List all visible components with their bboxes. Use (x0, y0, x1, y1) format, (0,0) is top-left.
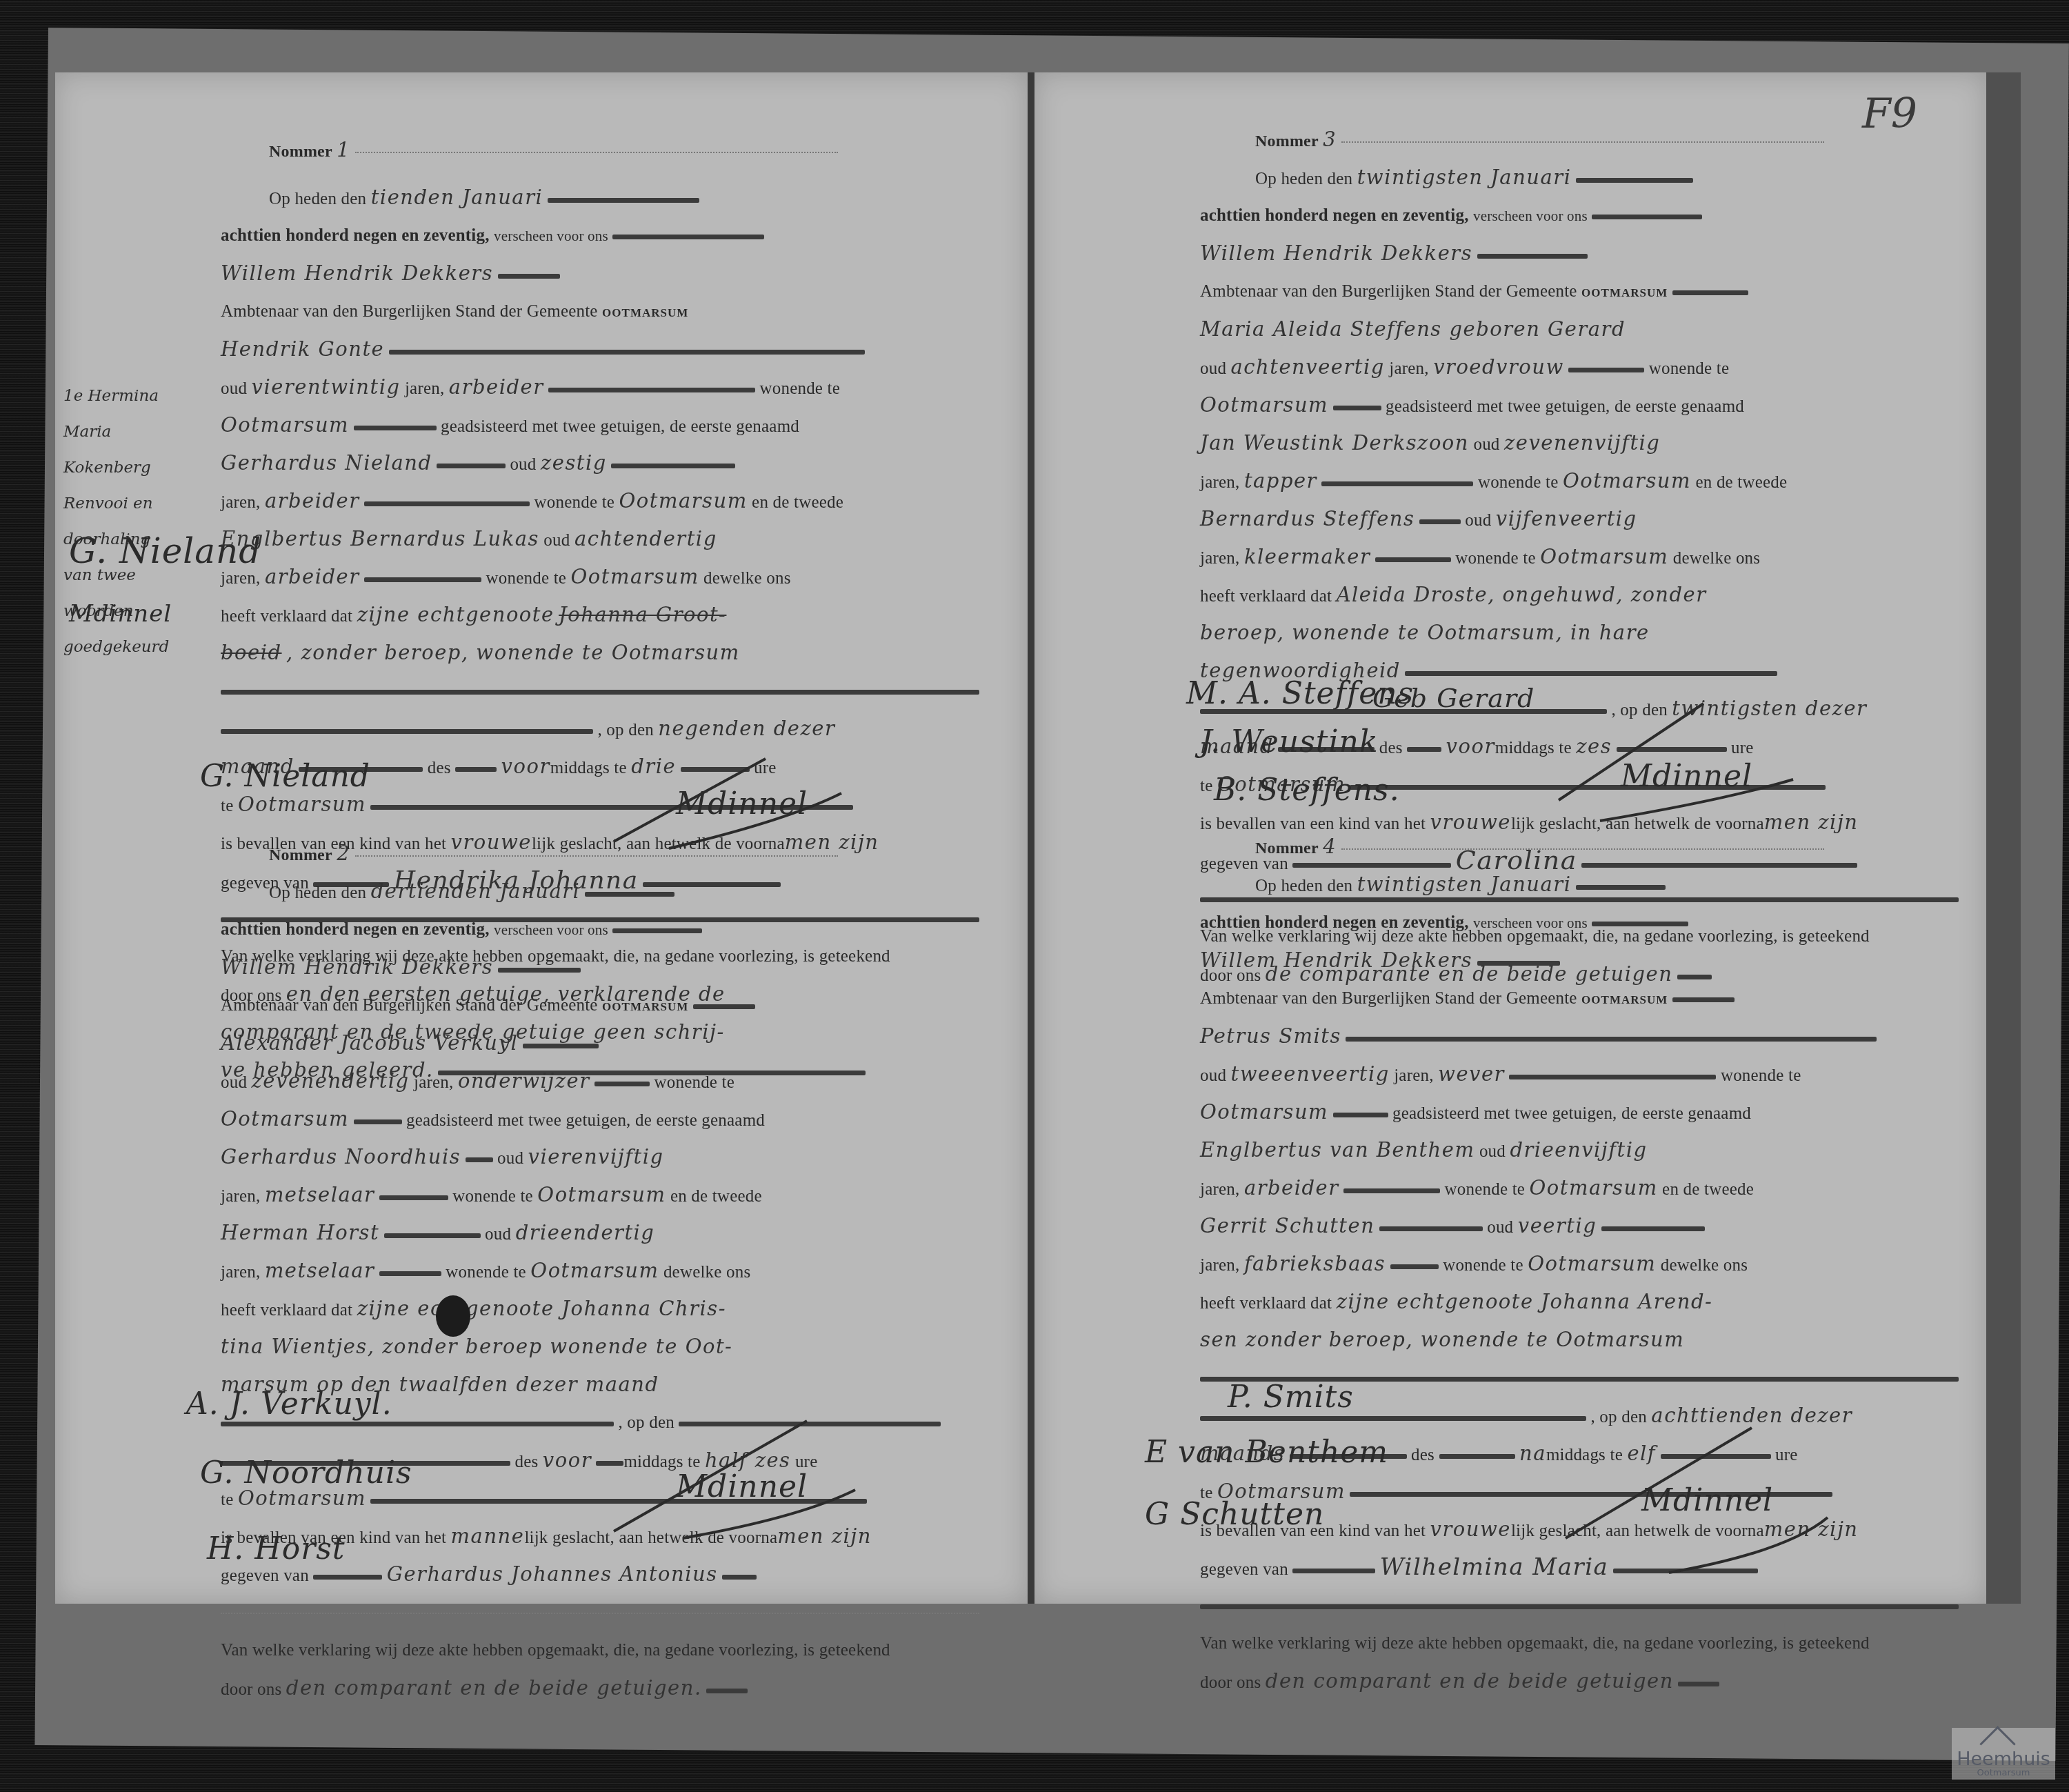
municipality: OOTMARSUM (602, 306, 688, 319)
witness2-occupation: metselaar (265, 1259, 375, 1282)
witness1-age: vierenvijftig (528, 1145, 664, 1168)
witness2-age: achtendertig (574, 527, 717, 550)
witness1-age: drieenvijftig (1510, 1138, 1647, 1162)
declarant-name: Petrus Smits (1200, 1024, 1341, 1048)
record-number: 2 (337, 842, 350, 865)
mother-details: , zonder beroep, wonende te Ootmarsum (286, 641, 740, 664)
struck-text: boeid (221, 641, 282, 664)
label-nommer: Nommer (269, 143, 332, 161)
official-name: Willem Hendrik Dekkers (1200, 948, 1472, 972)
mother-relation: zijne echtgenoote (357, 603, 554, 626)
witness1-occupation: tapper (1244, 469, 1317, 492)
declarant-residence: Ootmarsum (1200, 1100, 1328, 1124)
witness2-age: veertig (1518, 1214, 1597, 1237)
declarant-age: zevenendertig (252, 1069, 410, 1093)
signature-witness-1: G. Noordhuis (200, 1455, 412, 1491)
record-date: twintigsten Januari (1357, 873, 1572, 896)
witness1-name: Gerhardus Noordhuis (221, 1145, 461, 1168)
mother-relation: zijne echtgenoote Johanna Chris- (357, 1297, 726, 1320)
declarant-residence: Ootmarsum (221, 413, 349, 437)
record-number: 4 (1323, 835, 1337, 858)
witness2-residence: Ootmarsum (1540, 545, 1668, 568)
witness2-residence: Ootmarsum (571, 565, 699, 588)
time-period: na (1519, 1442, 1546, 1465)
signature-declarant: P. Smits (1228, 1380, 1354, 1415)
witness2-name: Bernardus Steffens (1200, 507, 1415, 530)
signature-witness-1: G. Nieland (200, 759, 370, 794)
birth-day: negenden dezer (658, 717, 835, 740)
witness2-age: vijfenveertig (1496, 507, 1637, 530)
signature-witness-2: H. Horst (207, 1531, 346, 1566)
time-period: voor (543, 1448, 592, 1472)
witness2-age: drieendertig (516, 1221, 655, 1244)
signature-witness-1: J. Weustink (1200, 724, 1379, 759)
record-number: 1 (337, 138, 350, 161)
witness2-name: Herman Horst (221, 1221, 379, 1244)
witness1-occupation: metselaar (265, 1183, 375, 1206)
witness2-residence: Ootmarsum (1528, 1252, 1656, 1275)
birth-place: Ootmarsum (238, 793, 366, 816)
official-signature-flourish (1552, 690, 1814, 828)
declarant-occupation: onderwijzer (458, 1069, 590, 1093)
official-signature-flourish (1559, 1414, 1835, 1580)
record-date: tienden Januari (371, 186, 543, 209)
time-period: voor (501, 755, 550, 778)
official-name: Willem Hendrik Dekkers (221, 955, 493, 979)
witness1-occupation: arbeider (1244, 1176, 1339, 1199)
declarant-age: tweeenveertig (1231, 1062, 1390, 1086)
witness1-age: zestig (541, 451, 607, 475)
witness1-occupation: arbeider (265, 489, 360, 512)
declarant-age: vierentwintig (252, 375, 401, 399)
witness1-residence: Ootmarsum (619, 489, 748, 512)
struck-text: Johanna Groot- (559, 603, 726, 626)
witness1-residence: Ootmarsum (1563, 469, 1691, 492)
mother-details: Aleida Droste, ongehuwd, zonder (1337, 583, 1707, 606)
witness1-residence: Ootmarsum (1530, 1176, 1658, 1199)
declarant-name: Maria Aleida Steffens geboren Gerard (1200, 317, 1626, 341)
record-number: 3 (1323, 128, 1337, 151)
book-gutter (1028, 72, 1034, 1604)
declarant-occupation: vroedvrouw (1433, 355, 1564, 379)
declarant-name: Alexander Jacobus Verkuyl (221, 1031, 518, 1055)
witness1-name: Gerhardus Nieland (221, 451, 432, 475)
declarant-residence: Ootmarsum (1200, 393, 1328, 417)
witness2-residence: Ootmarsum (530, 1259, 659, 1282)
declarant-age: achtenveertig (1231, 355, 1385, 379)
time-period: voor (1446, 735, 1495, 758)
mother-relation: zijne echtgenoote Johanna Arend- (1337, 1290, 1713, 1313)
signed-by: den comparant en de beide getuigen (1266, 1669, 1674, 1693)
signature-witness-1: E van Benthem (1145, 1435, 1388, 1470)
heemhuis-watermark-logo: Heemhuis Ootmarsum (1952, 1728, 2055, 1780)
witness2-name: Gerrit Schutten (1200, 1214, 1375, 1237)
witness1-residence: Ootmarsum (537, 1183, 666, 1206)
official-name: Willem Hendrik Dekkers (221, 261, 493, 285)
declarant-residence: Ootmarsum (221, 1107, 349, 1131)
signature-witness-2: G Schutten (1145, 1497, 1324, 1532)
official-name: Willem Hendrik Dekkers (1200, 241, 1472, 265)
page-edge (1986, 72, 2021, 1604)
witness2-occupation: arbeider (265, 565, 360, 588)
declarant-occupation: wever (1438, 1062, 1505, 1086)
witness1-age: zevenenvijftig (1504, 431, 1660, 455)
birth-record-2: Nommer 2 Op heden den dertienden Januari… (221, 835, 1014, 1707)
witness2-name: Englbertus Bernardus Lukas (221, 527, 539, 550)
child-sex: vrouwe (1430, 1517, 1511, 1541)
witness1-name: Englbertus van Benthem (1200, 1138, 1475, 1162)
signature-witness-2: B. Steffens. (1214, 773, 1400, 808)
witness1-name: Jan Weustink Derkszoon (1200, 431, 1469, 455)
signed-by: den comparant en de beide getuigen. (286, 1676, 702, 1700)
declarant-name: Hendrik Gonte (221, 337, 384, 361)
child-sex: manne (451, 1524, 525, 1548)
witness2-occupation: fabrieksbaas (1244, 1252, 1386, 1275)
official-signature-flourish (607, 1407, 869, 1545)
record-date: twintigsten Januari (1357, 166, 1572, 189)
record-date: dertienden Januari (371, 879, 581, 903)
witness2-occupation: kleermaker (1244, 545, 1370, 568)
declarant-occupation: arbeider (449, 375, 544, 399)
margin-signature-official: Mdinnel (69, 600, 172, 628)
child-name: Gerhardus Johannes Antonius (387, 1562, 718, 1586)
signature-declarant: A. J. Verkuyl. (186, 1386, 392, 1422)
ink-blot (436, 1295, 470, 1337)
signature-declarant-maiden: Geb Gerard (1372, 683, 1535, 713)
